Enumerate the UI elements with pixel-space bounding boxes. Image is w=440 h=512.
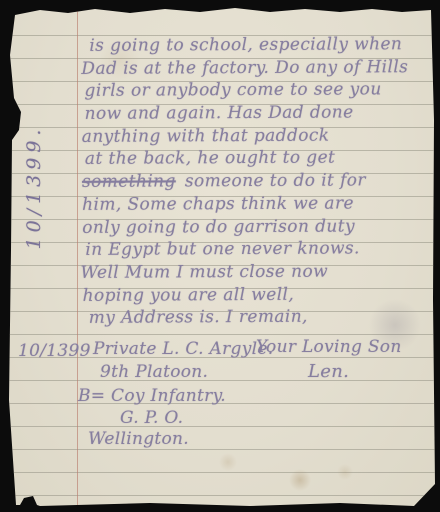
signature-company: B= Coy Infantry.	[78, 386, 226, 406]
letter-line-with-strikethrough: somethingsomeone to do it for	[82, 169, 409, 193]
signature-city: Wellington.	[88, 429, 189, 449]
letter-line: Dad is at the factory. Do any of Hills	[81, 56, 408, 80]
signature-signed-name: Len.	[308, 361, 349, 382]
signature-rank-and-name: Private L. C. Argyle.	[93, 339, 273, 359]
letter-line-rest: someone to do it for	[185, 170, 366, 191]
scan-background: 10/1399. is going to school, especially …	[0, 0, 440, 512]
letter-line: hoping you are all well,	[83, 283, 410, 307]
letter-line: my Address is. I remain,	[89, 305, 410, 329]
letter-line: at the back, he ought to get	[85, 147, 409, 171]
signature-closing: Your Loving Son	[256, 337, 402, 357]
letter-line: now and again. Has Dad done	[85, 101, 409, 125]
letter-line: Well Mum I must close now	[80, 260, 409, 284]
letter-line: him, Some chaps think we are	[82, 192, 409, 216]
signature-service-number: 10/1399	[18, 341, 91, 361]
letter-paper: 10/1399. is going to school, especially …	[0, 0, 440, 512]
letter-line: in Egypt but one never knows.	[85, 237, 409, 261]
letter-line: anything with that paddock	[82, 124, 409, 148]
letter-line: girls or anybody come to see you	[84, 79, 408, 103]
letter-body: is going to school, especially when Dad …	[81, 33, 409, 330]
signature-platoon: 9th Platoon.	[100, 362, 208, 382]
margin-rule-line	[77, 0, 78, 512]
letter-line: only going to do garrison duty	[82, 215, 409, 239]
letter-line: is going to school, especially when	[89, 33, 408, 57]
strikethrough-word: something	[82, 171, 176, 191]
margin-annotation: 10/1399.	[23, 112, 49, 262]
signature-post-office: G. P. O.	[120, 408, 183, 428]
